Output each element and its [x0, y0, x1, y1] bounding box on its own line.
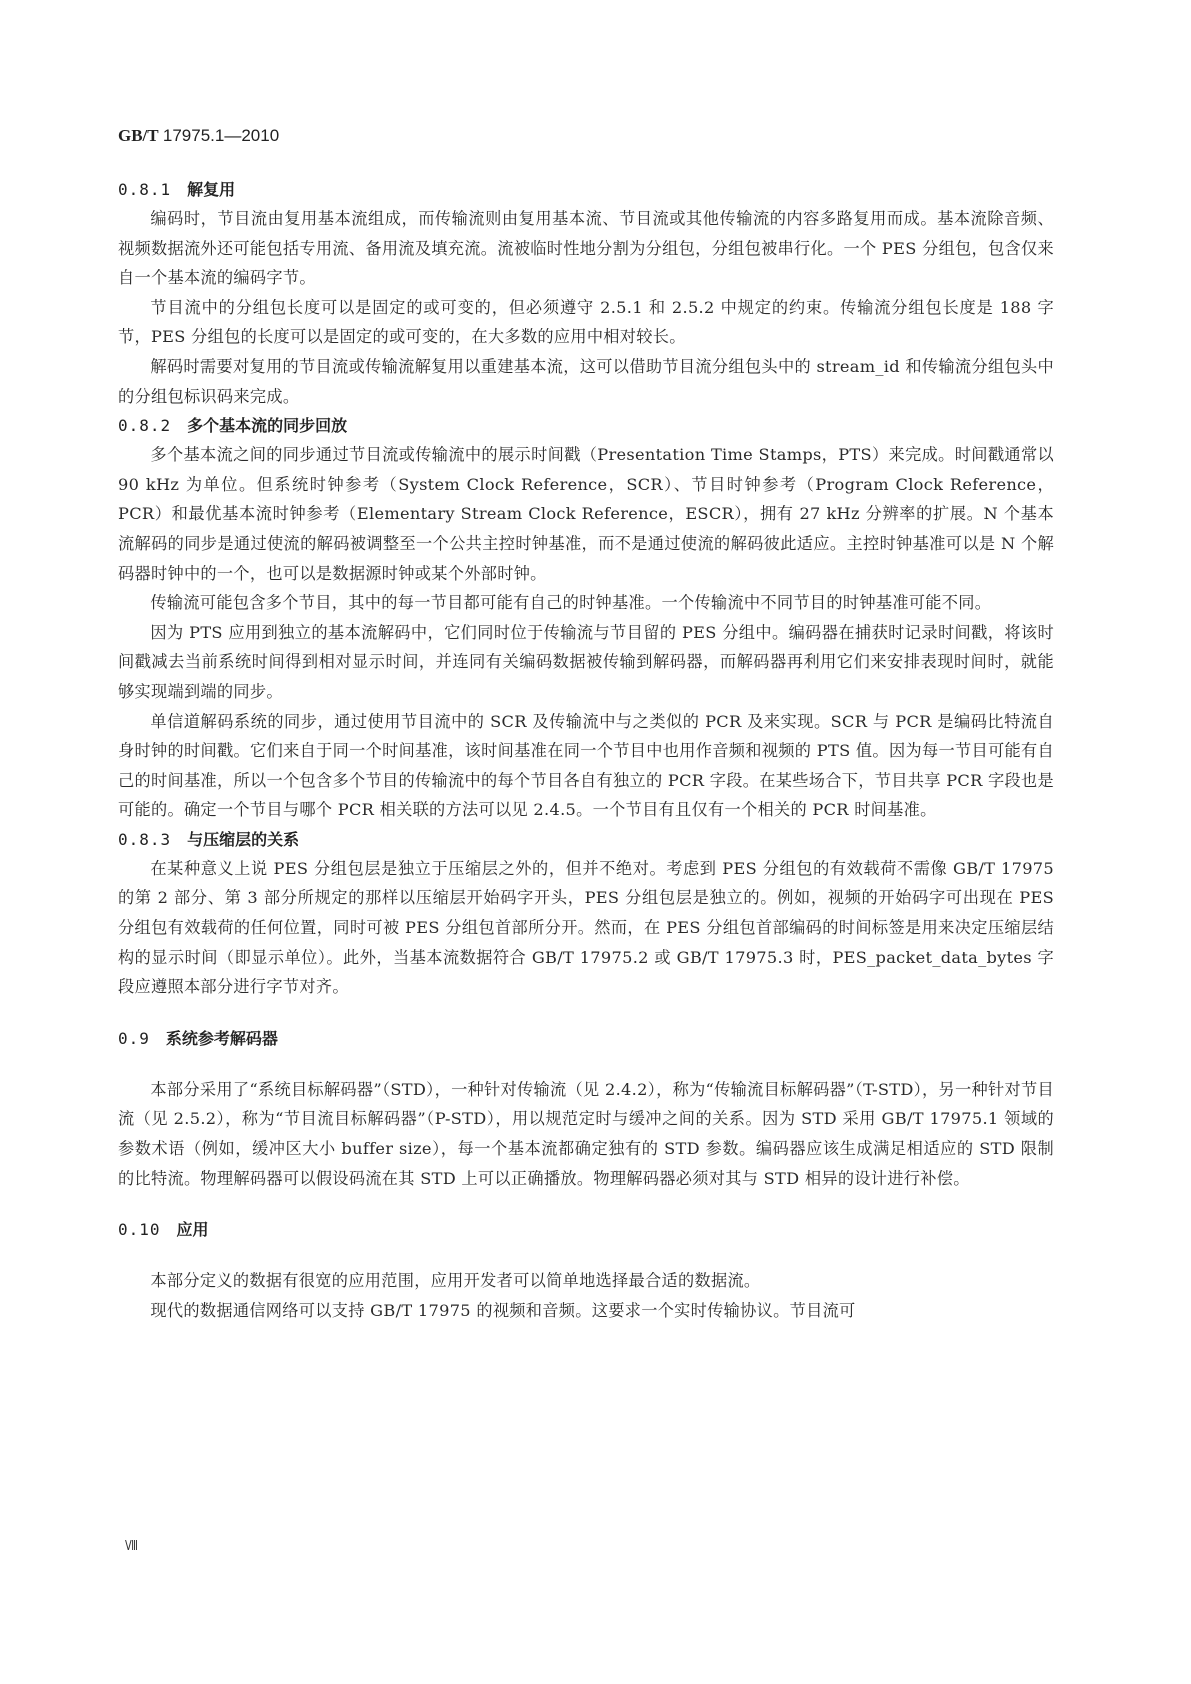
- standard-number: 17975.1—2010: [163, 126, 279, 145]
- paragraph: 因为 PTS 应用到独立的基本流解码中，它们同时位于传输流与节目留的 PES 分…: [118, 618, 1054, 707]
- section-heading-0-8-2: 0.8.2多个基本流的同步回放: [118, 411, 1054, 440]
- document-body: 0.8.1解复用 编码时，节目流由复用基本流组成，而传输流则由复用基本流、节目流…: [118, 175, 1054, 1325]
- paragraph: 多个基本流之间的同步通过节目流或传输流中的展示时间戳（Presentation …: [118, 440, 1054, 588]
- section-heading-0-8-3: 0.8.3与压缩层的关系: [118, 825, 1054, 854]
- section-heading-0-10: 0.10应用: [118, 1215, 1054, 1244]
- paragraph: 现代的数据通信网络可以支持 GB/T 17975 的视频和音频。这要求一个实时传…: [118, 1296, 1054, 1326]
- paragraph: 单信道解码系统的同步，通过使用节目流中的 SCR 及传输流中与之类似的 PCR …: [118, 707, 1054, 825]
- paragraph: 在某种意义上说 PES 分组包层是独立于压缩层之外的，但并不绝对。考虑到 PES…: [118, 854, 1054, 1002]
- paragraph: 传输流可能包含多个节目，其中的每一节目都可能有自己的时钟基准。一个传输流中不同节…: [118, 588, 1054, 618]
- paragraph: 解码时需要对复用的节目流或传输流解复用以重建基本流，这可以借助节目流分组包头中的…: [118, 352, 1054, 411]
- section-heading-0-9: 0.9系统参考解码器: [118, 1024, 1054, 1053]
- page-number: Ⅷ: [125, 1537, 138, 1554]
- standard-prefix: GB/T: [118, 126, 159, 145]
- section-heading-0-8-1: 0.8.1解复用: [118, 175, 1054, 204]
- paragraph: 编码时，节目流由复用基本流组成，而传输流则由复用基本流、节目流或其他传输流的内容…: [118, 204, 1054, 293]
- paragraph: 本部分定义的数据有很宽的应用范围，应用开发者可以简单地选择最合适的数据流。: [118, 1266, 1054, 1296]
- paragraph: 节目流中的分组包长度可以是固定的或可变的，但必须遵守 2.5.1 和 2.5.2…: [118, 293, 1054, 352]
- paragraph: 本部分采用了“系统目标解码器”（STD），一种针对传输流（见 2.4.2），称为…: [118, 1075, 1054, 1193]
- standard-header: GB/T 17975.1—2010: [118, 126, 279, 146]
